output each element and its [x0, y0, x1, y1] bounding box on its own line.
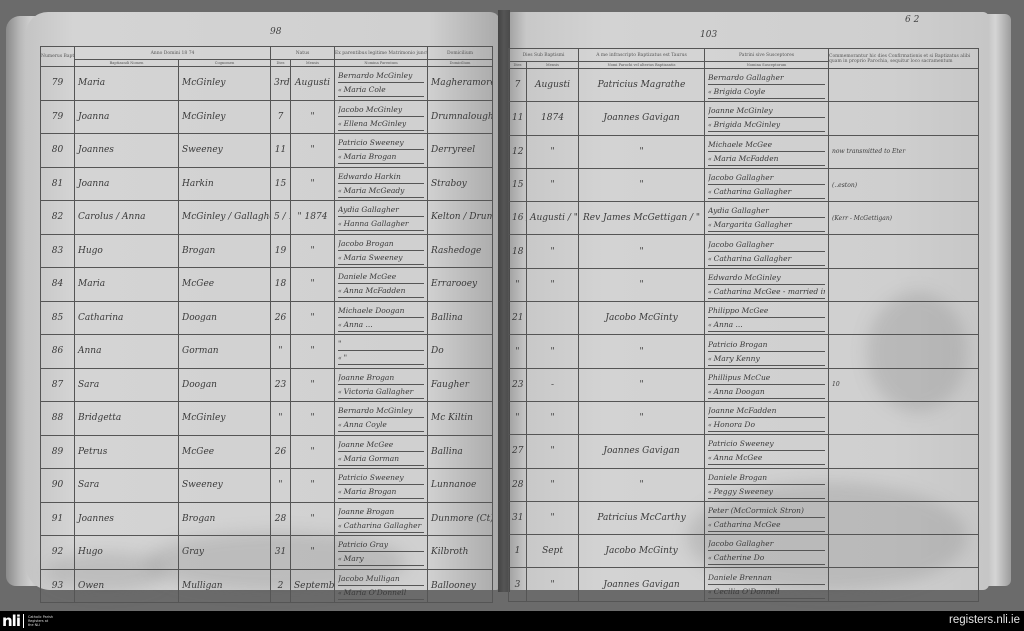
baptizing-priest: ": [579, 401, 705, 434]
baptizing-priest: Patricius McCarthy: [579, 501, 705, 534]
header-nomina-parentum: Nomina Parentum: [335, 60, 428, 67]
baptizing-priest: Jacobo McGinty: [579, 302, 705, 335]
sponsor-1: Jacobo Gallagher: [708, 238, 825, 252]
father-name: Patricio Gray: [338, 538, 424, 552]
birth-day: 15: [271, 167, 291, 201]
sponsor-1: Philippo McGee: [708, 304, 825, 318]
right-register-table: Dies Sub Baptismi A me infrascripto Bapt…: [508, 48, 979, 602]
table-row: 92HugoGray31"Patricio GrayMaryKilbroth: [41, 536, 493, 570]
birth-day: ": [271, 469, 291, 503]
table-row: 87SaraDoogan23"Joanne BroganVictoria Gal…: [41, 368, 493, 402]
baptized-surname: Doogan: [179, 301, 271, 335]
mother-name: Maria Gorman: [338, 452, 424, 466]
birth-day: 11: [271, 134, 291, 168]
parents-cell: Jacobo McGinleyEllena McGinley: [335, 100, 428, 134]
domicile: Ballina: [428, 435, 493, 469]
mother-name: ": [338, 351, 424, 365]
sponsors-cell: Aydia GallagherMargarita Gallagher: [705, 202, 829, 235]
domicile: Ballina: [428, 301, 493, 335]
nli-logo-text: Catholic Parish Registers at the NLI: [28, 615, 53, 627]
table-row: 80JoannesSweeney11"Patricio SweeneyMaria…: [41, 134, 493, 168]
birth-day: 5 / 14: [271, 201, 291, 235]
domicile: Dunmore (Ct): [428, 502, 493, 536]
baptism-month: ": [527, 268, 579, 301]
entry-number: 80: [41, 134, 75, 168]
table-row: 23-"Phillipus McCueAnna Doogan10: [509, 368, 979, 401]
baptized-surname: Sweeney: [179, 469, 271, 503]
nli-logo-mark: nli: [2, 613, 20, 629]
baptized-name: Owen: [75, 569, 179, 603]
document-viewer: 98 103 6 2 Numerus Baptizati Anno Domini…: [0, 0, 1024, 611]
table-row: 93OwenMulligan2SeptembrisJacobo Mulligan…: [41, 569, 493, 603]
father-name: Aydia Gallagher: [338, 203, 424, 217]
entry-number: 82: [41, 201, 75, 235]
father-name: Jacobo Brogan: [338, 237, 424, 251]
sponsor-2: Catharina McGee - married in Derry to Ir…: [708, 285, 825, 299]
baptizing-priest: ": [579, 168, 705, 201]
sponsor-2: Catharina McGee: [708, 518, 825, 532]
baptized-name: Bridgetta: [75, 402, 179, 436]
entry-number: 91: [41, 502, 75, 536]
remarks: [829, 435, 979, 468]
table-row: """Edwardo McGinleyCatharina McGee - mar…: [509, 268, 979, 301]
sponsor-2: Maria McFadden: [708, 152, 825, 166]
mother-name: Maria Cole: [338, 83, 424, 97]
baptizing-priest: Joannes Gavigan: [579, 435, 705, 468]
baptizing-priest: ": [579, 268, 705, 301]
sponsors-cell: Joanne McGinleyBrigida McGinley: [705, 102, 829, 135]
sponsors-cell: Joanne McFaddenHonora Do: [705, 401, 829, 434]
sponsor-1: Michaele McGee: [708, 138, 825, 152]
baptism-day: ": [509, 401, 527, 434]
domicile: Magheramore: [428, 67, 493, 101]
birth-month: ": [291, 134, 335, 168]
mother-name: Victoria Gallagher: [338, 385, 424, 399]
birth-day: 26: [271, 301, 291, 335]
baptized-surname: McGinley: [179, 67, 271, 101]
birth-month: ": [291, 234, 335, 268]
baptizing-priest: Rev James McGettigan / ": [579, 202, 705, 235]
father-name: Jacobo Mulligan: [338, 572, 424, 586]
baptized-name: Hugo: [75, 536, 179, 570]
baptism-day: 3: [509, 568, 527, 601]
remarks: [829, 535, 979, 568]
remarks: [829, 235, 979, 268]
birth-month: ": [291, 167, 335, 201]
nli-logo[interactable]: nli Catholic Parish Registers at the NLI: [2, 613, 53, 629]
baptism-month: Sept: [527, 535, 579, 568]
parents-cell: Patricio SweeneyMaria Brogan: [335, 469, 428, 503]
right-page-number: 103: [700, 30, 717, 40]
entry-number: 90: [41, 469, 75, 503]
entry-number: 89: [41, 435, 75, 469]
parents-cell: Bernardo McGinleyAnna Coyle: [335, 402, 428, 436]
father-name: Joanne Brogan: [338, 371, 424, 385]
birth-day: 7: [271, 100, 291, 134]
baptized-surname: Mulligan: [179, 569, 271, 603]
site-url-link[interactable]: registers.nli.ie: [949, 614, 1020, 626]
header-mensis: Mensis: [291, 60, 335, 67]
baptizing-priest: Joannes Gavigan: [579, 568, 705, 601]
domicile: Do: [428, 335, 493, 369]
header-domicilium: Domicilium: [428, 47, 493, 60]
sponsor-2: Catherine Do: [708, 551, 825, 565]
baptism-month: [527, 302, 579, 335]
sponsor-2: Brigida Coyle: [708, 85, 825, 99]
baptism-day: 18: [509, 235, 527, 268]
baptized-name: Carolus / Anna: [75, 201, 179, 235]
baptism-month: ": [527, 401, 579, 434]
header-dies: Dies: [271, 60, 291, 67]
baptized-surname: Sweeney: [179, 134, 271, 168]
birth-day: 23: [271, 368, 291, 402]
baptism-day: 1: [509, 535, 527, 568]
table-row: 82Carolus / AnnaMcGinley / Gallagher5 / …: [41, 201, 493, 235]
father-name: Patricio Sweeney: [338, 471, 424, 485]
birth-day: 3rd: [271, 67, 291, 101]
entry-number: 81: [41, 167, 75, 201]
sponsors-cell: Philippo McGeeAnna ...: [705, 302, 829, 335]
header-mensis-sub: Mensis: [527, 62, 579, 69]
entry-number: 93: [41, 569, 75, 603]
header-natus: Natus: [271, 47, 335, 60]
header-baptizatus: A me infrascripto Baptizatus est Taurus: [579, 49, 705, 62]
table-row: 86AnnaGorman""""Do: [41, 335, 493, 369]
mother-name: Maria McGeady: [338, 184, 424, 198]
sponsors-cell: Jacobo GallagherCatherine Do: [705, 535, 829, 568]
baptized-name: Maria: [75, 268, 179, 302]
parents-cell: Joanne BroganCatharina Gallagher: [335, 502, 428, 536]
father-name: Joanne Brogan: [338, 505, 424, 519]
remarks: [829, 69, 979, 102]
parents-cell: Joanne McGeeMaria Gorman: [335, 435, 428, 469]
table-row: 1SeptJacobo McGintyJacobo GallagherCathe…: [509, 535, 979, 568]
header-susceptores-sub: Nomina Susceptorum: [705, 62, 829, 69]
sponsor-1: Joanne McFadden: [708, 404, 825, 418]
remarks: now transmitted to Eter: [829, 135, 979, 168]
table-row: 79JoannaMcGinley7"Jacobo McGinleyEllena …: [41, 100, 493, 134]
birth-day: 26: [271, 435, 291, 469]
sponsor-1: Daniele Brogan: [708, 471, 825, 485]
sponsor-1: Aydia Gallagher: [708, 204, 825, 218]
domicile: Derryreel: [428, 134, 493, 168]
sponsors-cell: Phillipus McCueAnna Doogan: [705, 368, 829, 401]
sponsors-cell: Edwardo McGinleyCatharina McGee - marrie…: [705, 268, 829, 301]
baptized-name: Maria: [75, 67, 179, 101]
domicile: Rashedoge: [428, 234, 493, 268]
logo-divider: [23, 614, 24, 628]
sponsor-2: Brigida McGinley: [708, 118, 825, 132]
header-dies-baptismi: Dies Sub Baptismi: [509, 49, 579, 62]
parents-cell: "": [335, 335, 428, 369]
baptizing-priest: Jacobo McGinty: [579, 535, 705, 568]
baptism-day: 21: [509, 302, 527, 335]
domicile: Kelton / Drumnacart: [428, 201, 493, 235]
father-name: Bernardo McGinley: [338, 404, 424, 418]
sponsor-2: Margarita Gallagher: [708, 218, 825, 232]
header-baptizandi-nomen: Baptizandi Nomen: [75, 60, 179, 67]
parents-cell: Joanne BroganVictoria Gallagher: [335, 368, 428, 402]
mother-name: Maria Sweeney: [338, 251, 424, 265]
remarks: [829, 468, 979, 501]
baptism-day: 28: [509, 468, 527, 501]
header-anno-domini: Anno Domini 18 74: [75, 47, 271, 60]
birth-month: ": [291, 301, 335, 335]
baptism-month: ": [527, 468, 579, 501]
entry-number: 86: [41, 335, 75, 369]
remarks: 10: [829, 368, 979, 401]
table-row: 21Jacobo McGintyPhilippo McGeeAnna ...: [509, 302, 979, 335]
sponsor-2: Cecilia O'Donnell: [708, 585, 825, 599]
birth-day: ": [271, 335, 291, 369]
header-parents: Ex parentibus legitime Matrimonio juncti…: [335, 47, 428, 60]
domicile: Lunnanoe: [428, 469, 493, 503]
baptizing-priest: ": [579, 468, 705, 501]
birth-month: " 1874: [291, 201, 335, 235]
baptism-month: ": [527, 235, 579, 268]
sponsor-2: Mary Kenny: [708, 352, 825, 366]
baptism-day: 7: [509, 69, 527, 102]
baptizing-priest: ": [579, 368, 705, 401]
sponsor-2: Honora Do: [708, 418, 825, 432]
baptizing-priest: Patricius Magrathe: [579, 69, 705, 102]
mother-name: Hanna Gallagher: [338, 217, 424, 231]
baptized-surname: Brogan: [179, 502, 271, 536]
baptizing-priest: ": [579, 235, 705, 268]
baptism-month: ": [527, 501, 579, 534]
baptized-surname: Harkin: [179, 167, 271, 201]
baptism-day: 12: [509, 135, 527, 168]
table-row: 16 / 17Augusti / "Rev James McGettigan /…: [509, 202, 979, 235]
mother-name: Catharina Gallagher: [338, 519, 424, 533]
baptism-day: 31: [509, 501, 527, 534]
parents-cell: Patricio SweeneyMaria Brogan: [335, 134, 428, 168]
father-name: Michaele Doogan: [338, 304, 424, 318]
baptized-surname: McGee: [179, 268, 271, 302]
birth-month: ": [291, 469, 335, 503]
baptism-month: ": [527, 168, 579, 201]
father-name: Jacobo McGinley: [338, 103, 424, 117]
sponsors-cell: Patricio BroganMary Kenny: [705, 335, 829, 368]
table-row: 15""Jacobo GallagherCatharina Gallagher(…: [509, 168, 979, 201]
baptism-month: 1874: [527, 102, 579, 135]
baptized-surname: McGinley: [179, 100, 271, 134]
parents-cell: Bernardo McGinleyMaria Cole: [335, 67, 428, 101]
birth-month: Septembris: [291, 569, 335, 603]
table-row: 85CatharinaDoogan26"Michaele DooganAnna …: [41, 301, 493, 335]
birth-month: ": [291, 536, 335, 570]
mother-name: Maria Brogan: [338, 150, 424, 164]
mother-name: Anna McFadden: [338, 284, 424, 298]
baptized-surname: Brogan: [179, 234, 271, 268]
baptism-month: ": [527, 135, 579, 168]
entry-number: 79: [41, 100, 75, 134]
baptized-name: Sara: [75, 469, 179, 503]
sponsor-2: Anna ...: [708, 318, 825, 332]
remarks: [829, 568, 979, 601]
parents-cell: Patricio GrayMary: [335, 536, 428, 570]
sponsor-1: Daniele Brennan: [708, 571, 825, 585]
parents-cell: Aydia GallagherHanna Gallagher: [335, 201, 428, 235]
sponsor-1: Bernardo Gallagher: [708, 71, 825, 85]
birth-day: 19: [271, 234, 291, 268]
table-row: 3"Joannes GaviganDaniele BrennanCecilia …: [509, 568, 979, 601]
sponsors-cell: Patricio SweeneyAnna McGee: [705, 435, 829, 468]
table-row: 12""Michaele McGeeMaria McFaddennow tran…: [509, 135, 979, 168]
birth-day: 2: [271, 569, 291, 603]
table-row: 83HugoBrogan19"Jacobo BroganMaria Sweene…: [41, 234, 493, 268]
sponsors-cell: Michaele McGeeMaria McFadden: [705, 135, 829, 168]
sponsor-2: Anna Doogan: [708, 385, 825, 399]
sponsor-1: Edwardo McGinley: [708, 271, 825, 285]
sponsor-2: Anna McGee: [708, 451, 825, 465]
table-row: 31"Patricius McCarthyPeter (McCormick St…: [509, 501, 979, 534]
table-row: 111874Joannes GaviganJoanne McGinleyBrig…: [509, 102, 979, 135]
header-dies-sub: Dies: [509, 62, 527, 69]
entry-number: 79: [41, 67, 75, 101]
sponsor-2: Catharina Gallagher: [708, 252, 825, 266]
baptism-day: ": [509, 335, 527, 368]
father-name: Patricio Sweeney: [338, 136, 424, 150]
birth-day: 28: [271, 502, 291, 536]
domicile: Mc Kiltin: [428, 402, 493, 436]
table-row: 89PetrusMcGee26"Joanne McGeeMaria Gorman…: [41, 435, 493, 469]
baptism-month: Augusti / ": [527, 202, 579, 235]
mother-name: Anna Coyle: [338, 418, 424, 432]
domicile: Faugher: [428, 368, 493, 402]
parents-cell: Daniele McGeeAnna McFadden: [335, 268, 428, 302]
birth-month: ": [291, 335, 335, 369]
table-row: 27"Joannes GaviganPatricio SweeneyAnna M…: [509, 435, 979, 468]
birth-day: 18: [271, 268, 291, 302]
birth-month: ": [291, 268, 335, 302]
sponsors-cell: Jacobo GallagherCatharina Gallagher: [705, 235, 829, 268]
domicile: Kilbroth: [428, 536, 493, 570]
remarks: [829, 401, 979, 434]
header-notes: Commemorantur hic dies Confirmationis et…: [829, 49, 979, 69]
sponsor-1: Patricio Brogan: [708, 338, 825, 352]
birth-month: ": [291, 502, 335, 536]
domicile: Ballooney: [428, 569, 493, 603]
father-name: Bernardo McGinley: [338, 69, 424, 83]
birth-month: ": [291, 435, 335, 469]
sponsors-cell: Daniele BroganPeggy Sweeney: [705, 468, 829, 501]
birth-day: ": [271, 402, 291, 436]
remarks: [829, 102, 979, 135]
table-row: 81JoannaHarkin15"Edwardo HarkinMaria McG…: [41, 167, 493, 201]
baptized-surname: Gray: [179, 536, 271, 570]
table-row: 84MariaMcGee18"Daniele McGeeAnna McFadde…: [41, 268, 493, 302]
table-row: 18""Jacobo GallagherCatharina Gallagher: [509, 235, 979, 268]
left-page-number: 98: [270, 27, 281, 37]
entry-number: 85: [41, 301, 75, 335]
remarks: [829, 302, 979, 335]
baptism-day: 16 / 17: [509, 202, 527, 235]
footer-bar: nli Catholic Parish Registers at the NLI…: [0, 611, 1024, 631]
baptized-name: Anna: [75, 335, 179, 369]
sponsor-2: Peggy Sweeney: [708, 485, 825, 499]
baptism-day: 27: [509, 435, 527, 468]
baptism-day: 23: [509, 368, 527, 401]
baptized-name: Joannes: [75, 502, 179, 536]
sponsor-1: Patricio Sweeney: [708, 437, 825, 451]
header-numerus: Numerus Baptizati: [41, 47, 75, 67]
table-row: 90SaraSweeney""Patricio SweeneyMaria Bro…: [41, 469, 493, 503]
entry-number: 87: [41, 368, 75, 402]
baptized-name: Sara: [75, 368, 179, 402]
baptism-day: 15: [509, 168, 527, 201]
domicile: Straboy: [428, 167, 493, 201]
father-name: Edwardo Harkin: [338, 170, 424, 184]
baptized-surname: Gorman: [179, 335, 271, 369]
mother-name: Anna ...: [338, 318, 424, 332]
mother-name: Maria O'Donnell: [338, 586, 424, 600]
table-row: 28""Daniele BroganPeggy Sweeney: [509, 468, 979, 501]
baptized-name: Catharina: [75, 301, 179, 335]
remarks: [829, 501, 979, 534]
entry-number: 92: [41, 536, 75, 570]
table-row: 7AugustiPatricius MagratheBernardo Galla…: [509, 69, 979, 102]
sponsor-1: Jacobo Gallagher: [708, 537, 825, 551]
header-patrini: Patrini sive Susceptores: [705, 49, 829, 62]
baptizing-priest: Joannes Gavigan: [579, 102, 705, 135]
sponsors-cell: Bernardo GallagherBrigida Coyle: [705, 69, 829, 102]
table-row: 88BridgettaMcGinley""Bernardo McGinleyAn…: [41, 402, 493, 436]
sponsors-cell: Peter (McCormick Stron)Catharina McGee: [705, 501, 829, 534]
sponsor-1: Jacobo Gallagher: [708, 171, 825, 185]
father-name: Daniele McGee: [338, 270, 424, 284]
sponsor-1: Phillipus McCue: [708, 371, 825, 385]
birth-month: Augusti: [291, 67, 335, 101]
baptizing-priest: ": [579, 335, 705, 368]
table-row: 91JoannesBrogan28"Joanne BroganCatharina…: [41, 502, 493, 536]
baptism-month: ": [527, 435, 579, 468]
entry-number: 83: [41, 234, 75, 268]
sponsors-cell: Jacobo GallagherCatharina Gallagher: [705, 168, 829, 201]
baptized-name: Joanna: [75, 167, 179, 201]
baptized-surname: McGinley: [179, 402, 271, 436]
parents-cell: Edwardo HarkinMaria McGeady: [335, 167, 428, 201]
birth-month: ": [291, 402, 335, 436]
header-cognomen: Cognomen: [179, 60, 271, 67]
baptism-month: -: [527, 368, 579, 401]
baptized-surname: McGinley / Gallagher: [179, 201, 271, 235]
birth-month: ": [291, 100, 335, 134]
baptism-day: ": [509, 268, 527, 301]
baptized-surname: McGee: [179, 435, 271, 469]
baptism-month: ": [527, 335, 579, 368]
remarks: [829, 268, 979, 301]
sponsor-1: Joanne McGinley: [708, 104, 825, 118]
baptizing-priest: ": [579, 135, 705, 168]
parents-cell: Jacobo MulliganMaria O'Donnell: [335, 569, 428, 603]
table-row: """Joanne McFaddenHonora Do: [509, 401, 979, 434]
right-corner-mark: 6 2: [905, 15, 919, 25]
baptism-month: Augusti: [527, 69, 579, 102]
birth-month: ": [291, 368, 335, 402]
domicile: Errarooey: [428, 268, 493, 302]
birth-day: 31: [271, 536, 291, 570]
baptized-name: Petrus: [75, 435, 179, 469]
remarks: (..eston): [829, 168, 979, 201]
sponsor-1: Peter (McCormick Stron): [708, 504, 825, 518]
mother-name: Mary: [338, 552, 424, 566]
entry-number: 88: [41, 402, 75, 436]
parents-cell: Jacobo BroganMaria Sweeney: [335, 234, 428, 268]
father-name: ": [338, 337, 424, 351]
sponsors-cell: Daniele BrennanCecilia O'Donnell: [705, 568, 829, 601]
remarks: [829, 335, 979, 368]
